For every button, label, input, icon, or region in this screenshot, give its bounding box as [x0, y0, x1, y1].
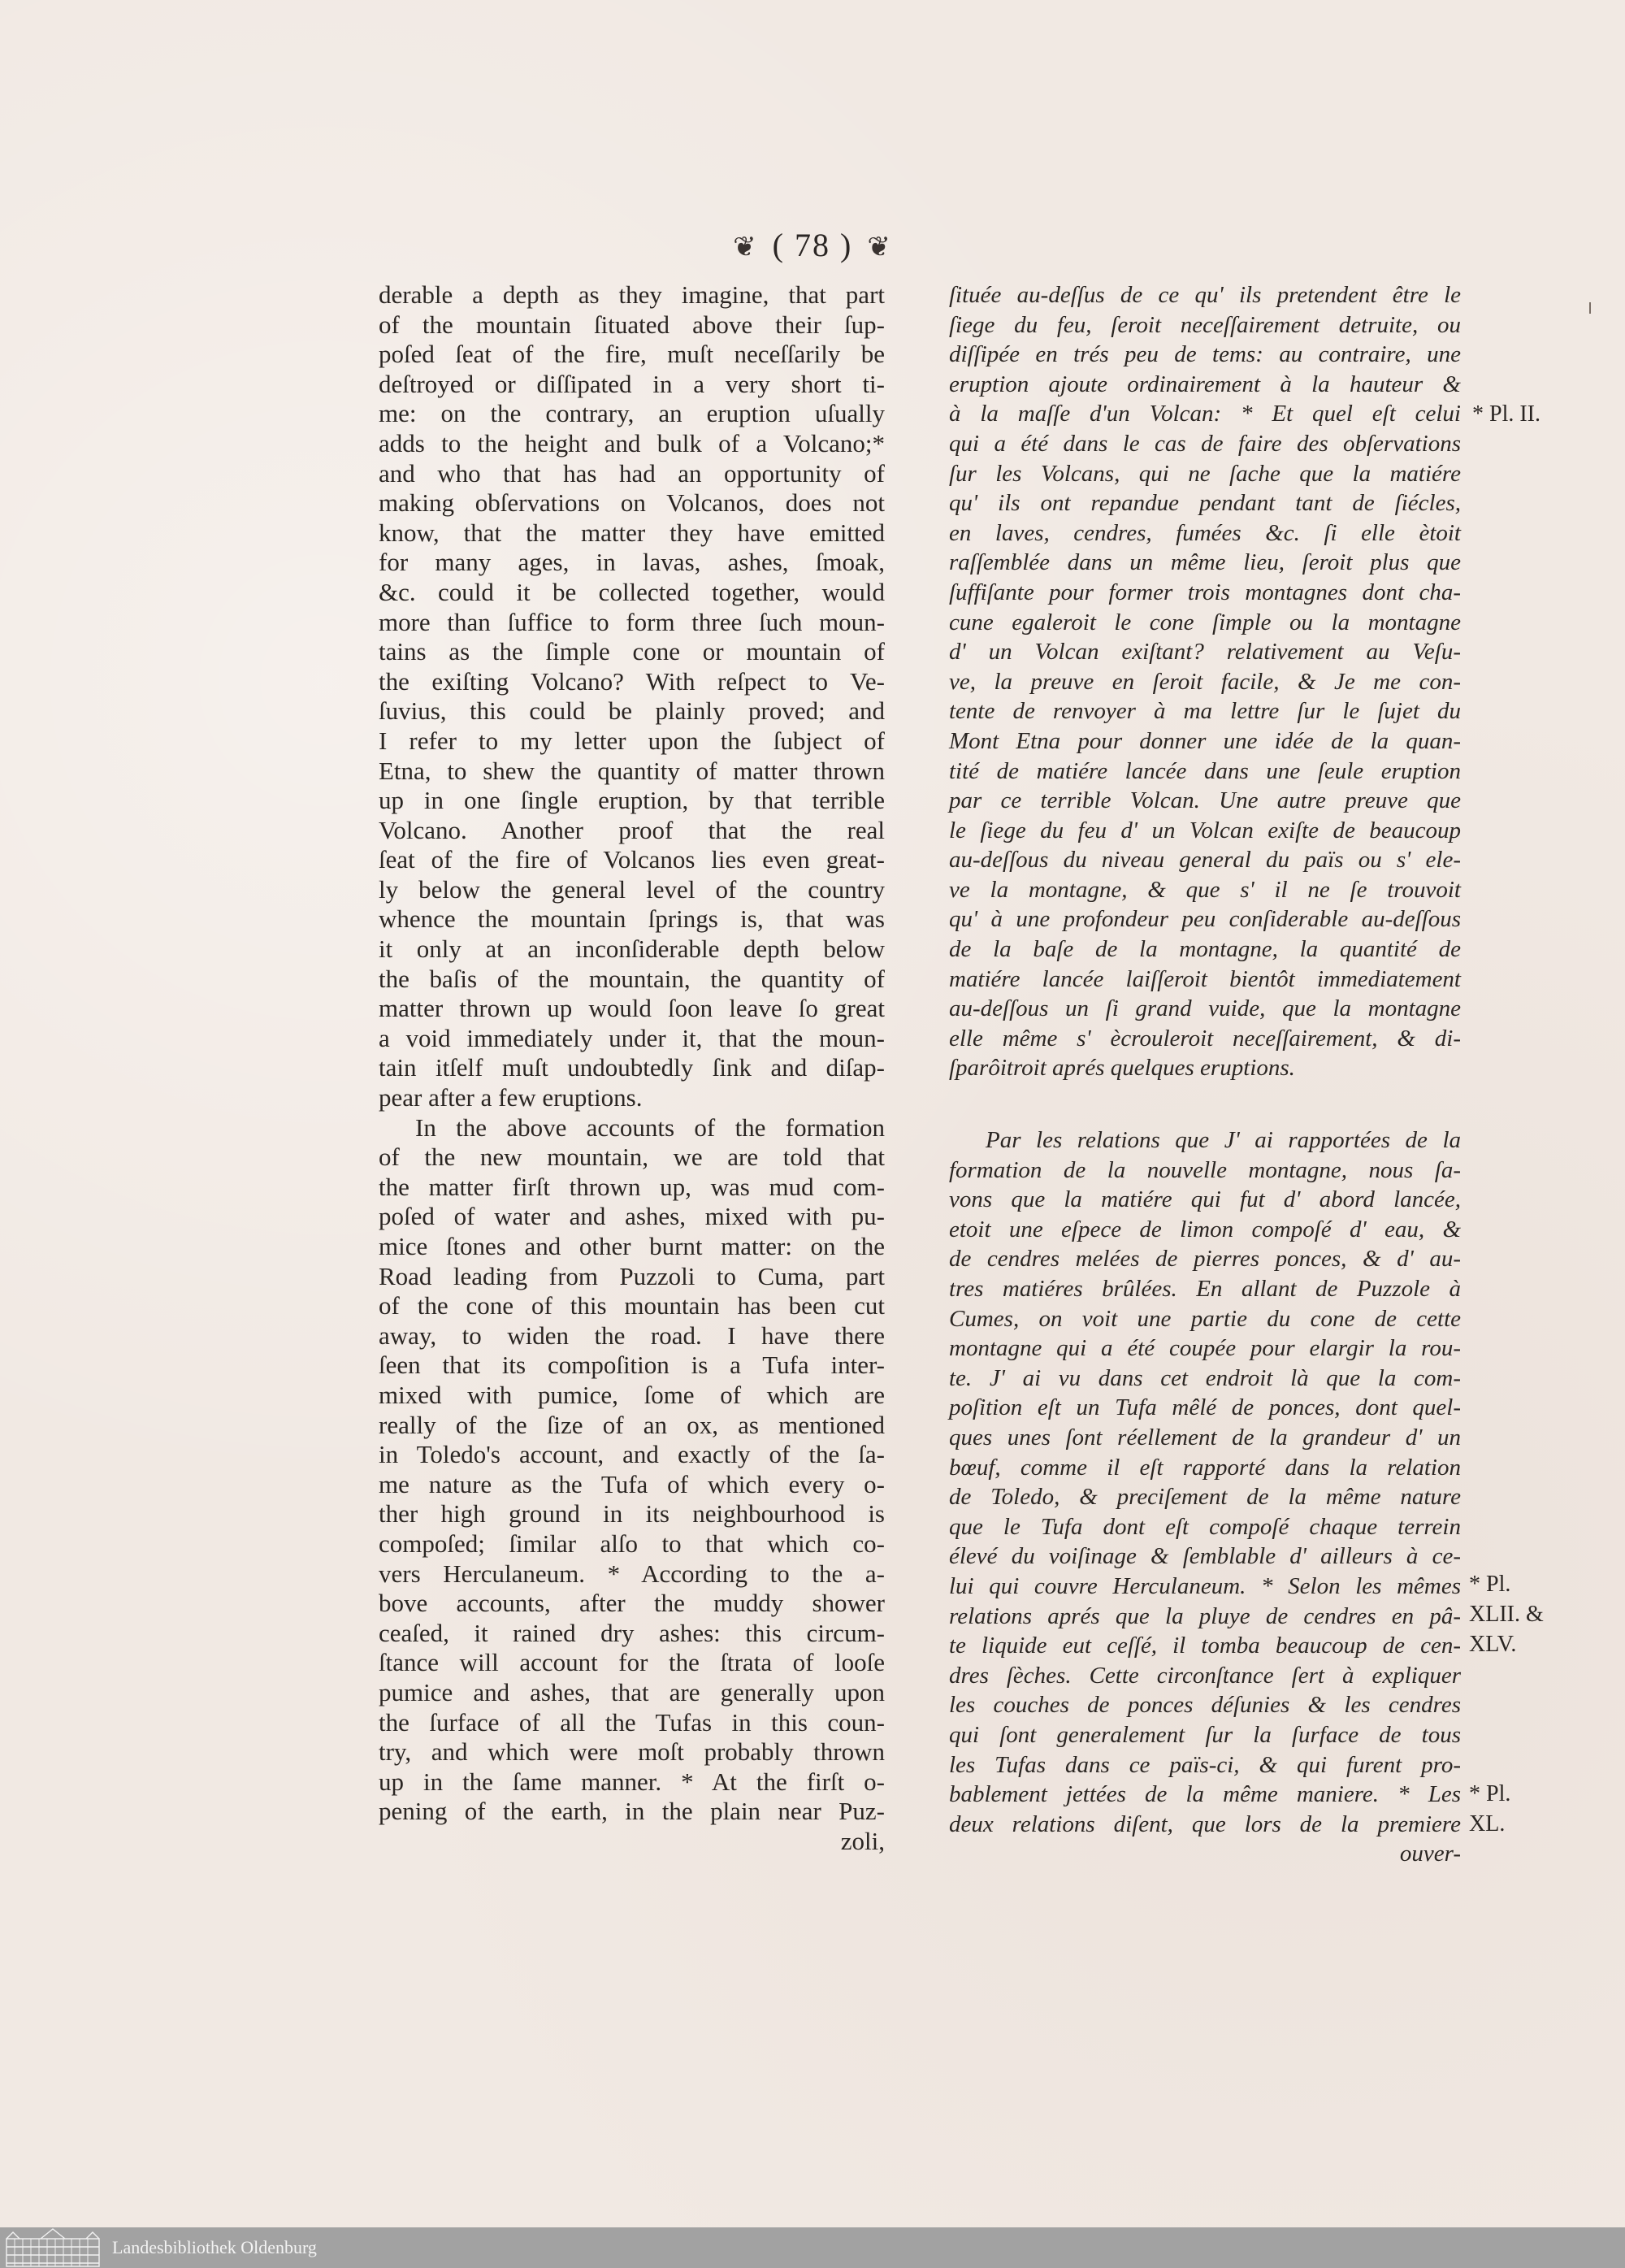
text-line: ſeen that its compoſition is a Tufa inte… [379, 1351, 885, 1381]
text-line: au-deſſous un ſi grand vuide, que la mon… [949, 994, 1461, 1024]
text-line: au-deſſous du niveau general du païs ou … [949, 845, 1461, 875]
margin-note-xlii: XLII. & [1469, 1600, 1544, 1630]
text-line: matiére lancée laiſſeroit bientôt immedi… [949, 965, 1461, 995]
text-line: ve, la preuve en ſeroit facile, & Je me … [949, 667, 1461, 697]
text-line: compoſed; ſimilar alſo to that which co- [379, 1529, 885, 1559]
text-line: it only at an inconſiderable depth below [379, 935, 885, 965]
text-line: les couches de ponces déſunies & les cen… [949, 1690, 1461, 1720]
text-line: deſtroyed or diſſipated in a very short … [379, 370, 885, 400]
text-line: relations aprés que la pluye de cendres … [949, 1602, 1461, 1632]
text-line: Etna, to shew the quantity of matter thr… [379, 757, 885, 787]
text-line: more than ſuffice to form three ſuch mou… [379, 608, 885, 638]
text-line: me nature as the Tufa of which every o- [379, 1470, 885, 1500]
text-line: the exiſting Volcano? With reſpect to Ve… [379, 667, 885, 697]
margin-note-pl-2: * Pl. [1469, 1780, 1510, 1810]
text-line: of the new mountain, we are told that [379, 1143, 885, 1173]
text-line: tains as the ſimple cone or mountain of [379, 637, 885, 667]
text-line: the matter firſt thrown up, was mud com- [379, 1173, 885, 1203]
text-line: of the cone of this mountain has been cu… [379, 1291, 885, 1321]
text-line: par ce terrible Volcan. Une autre preuve… [949, 786, 1461, 816]
text-line: élevé du voiſinage & ſemblable d' ailleu… [949, 1542, 1461, 1572]
text-line: mice ſtones and other burnt matter: on t… [379, 1232, 885, 1262]
text-line: ther high ground in its neighbourhood is [379, 1499, 885, 1529]
text-line: for many ages, in lavas, ashes, ſmoak, [379, 548, 885, 578]
text-line: in Toledo's account, and exactly of the … [379, 1440, 885, 1470]
text-line: and who that has had an opportunity of [379, 459, 885, 489]
ornament-right-icon: ❦ [867, 232, 892, 262]
text-line: d' un Volcan exiſtant? relativement au V… [949, 637, 1461, 667]
text-line: le ſiege du feu d' un Volcan exiſte de b… [949, 816, 1461, 846]
text-line: I refer to my letter upon the ſubject of [379, 726, 885, 757]
text-line: vers Herculaneum. * According to the a- [379, 1559, 885, 1589]
text-line: poſed ſeat of the fire, muſt neceſſarily… [379, 340, 885, 370]
text-line: qui a été dans le cas de faire des obſer… [949, 429, 1461, 459]
text-line: ouver- [949, 1839, 1461, 1869]
french-column: ſituée au-deſſus de ce qu' ils pretenden… [949, 280, 1461, 1869]
text-line: te. J' ai vu dans cet endroit là que la … [949, 1364, 1461, 1394]
text-line: eruption ajoute ordinairement à la haute… [949, 370, 1461, 400]
text-line: a void immediately under it, that the mo… [379, 1024, 885, 1054]
text-line: ſuvius, this could be plainly proved; an… [379, 696, 885, 726]
text-line: dres ſèches. Cette circonſtance ſert à e… [949, 1661, 1461, 1691]
page-number: ( 78 ) [773, 227, 853, 263]
text-line: ly below the general level of the countr… [379, 875, 885, 905]
text-line: zoli, [379, 1827, 885, 1857]
paper-speck [1589, 302, 1591, 314]
margin-note-pl: * Pl. [1469, 1570, 1510, 1600]
margin-note-xlv: XLV. [1469, 1630, 1516, 1660]
text-line: de Toledo, & preciſement de la même natu… [949, 1482, 1461, 1512]
text-line: formation de la nouvelle montagne, nous … [949, 1156, 1461, 1186]
text-line: Volcano. Another proof that the real [379, 816, 885, 846]
text-line: ques unes ſont réellement de la grandeur… [949, 1423, 1461, 1453]
text-line: Par les relations que J' ai rapportées d… [949, 1125, 1461, 1156]
text-line: ſparôitroit aprés quelques eruptions. [949, 1053, 1461, 1083]
footer-bar: Landesbibliothek Oldenburg [0, 2227, 1625, 2268]
text-line: the ſurface of all the Tufas in this cou… [379, 1708, 885, 1738]
text-line: In the above accounts of the formation [379, 1113, 885, 1143]
text-line: ſtance will account for the ſtrata of lo… [379, 1648, 885, 1678]
text-line: qu' ils ont repandue pendant tant de ſié… [949, 488, 1461, 518]
text-line: poſition eſt un Tufa mêlé de ponces, don… [949, 1393, 1461, 1423]
text-line: me: on the contrary, an eruption uſually [379, 399, 885, 429]
text-line: Mont Etna pour donner une idée de la qua… [949, 726, 1461, 757]
text-line: te liquide eut ceſſé, il tomba beaucoup … [949, 1631, 1461, 1661]
text-line: pear after a few eruptions. [379, 1083, 885, 1113]
text-line: montagne qui a été coupée pour elargir l… [949, 1333, 1461, 1364]
text-line: tité de matiére lancée dans une ſeule er… [949, 757, 1461, 787]
text-line: qui ſont generalement ſur la ſurface de … [949, 1720, 1461, 1750]
text-line: ceaſed, it rained dry ashes: this circum… [379, 1619, 885, 1649]
text-line: vons que la matiére qui fut d' abord lan… [949, 1185, 1461, 1215]
text-line: Cumes, on voit une partie du cone de cet… [949, 1304, 1461, 1334]
text-line: en laves, cendres, fumées &c. ſi elle èt… [949, 518, 1461, 549]
text-line: ſeat of the fire of Volcanos lies even g… [379, 845, 885, 875]
text-line: try, and which were moſt probably thrown [379, 1737, 885, 1767]
text-line: really of the ſize of an ox, as mentione… [379, 1411, 885, 1441]
text-line: bablement jettées de la même maniere. * … [949, 1780, 1461, 1810]
text-line: mixed with pumice, ſome of which are [379, 1381, 885, 1411]
text-line: &c. could it be collected together, woul… [379, 578, 885, 608]
margin-note-pl-ii: * Pl. II. [1472, 400, 1540, 430]
text-line: making obſervations on Volcanos, does no… [379, 488, 885, 518]
text-line: à la maſſe d'un Volcan: * Et quel eſt ce… [949, 399, 1461, 429]
text-line: raſſemblée dans un même lieu, ſeroit plu… [949, 548, 1461, 578]
text-line: tres matiéres brûlées. En allant de Puzz… [949, 1274, 1461, 1304]
library-name: Landesbibliothek Oldenburg [112, 2237, 317, 2258]
text-line: ſuffiſante pour former trois montagnes d… [949, 578, 1461, 608]
paragraph-gap [949, 1083, 1461, 1125]
text-line: Road leading from Puzzoli to Cuma, part [379, 1262, 885, 1292]
text-line: elle même s' ècrouleroit neceſſairement,… [949, 1024, 1461, 1054]
margin-note-xl: XL. [1469, 1810, 1505, 1840]
text-line: diſſipée en trés peu de tems: au contrai… [949, 340, 1461, 370]
text-line: tain itſelf muſt undoubtedly ſink and di… [379, 1053, 885, 1083]
ornament-left-icon: ❦ [733, 232, 758, 262]
text-line: ſituée au-deſſus de ce qu' ils pretenden… [949, 280, 1461, 310]
text-line: bœuf, comme il eſt rapporté dans la rela… [949, 1453, 1461, 1483]
text-line: up in one ſingle eruption, by that terri… [379, 786, 885, 816]
text-line: adds to the height and bulk of a Volcano… [379, 429, 885, 459]
text-line: pumice and ashes, that are generally upo… [379, 1678, 885, 1708]
text-line: qu' à une profondeur peu conſiderable au… [949, 904, 1461, 935]
text-line: bove accounts, after the muddy shower [379, 1589, 885, 1619]
text-line: de la baſe de la montagne, la quantité d… [949, 935, 1461, 965]
text-line: pening of the earth, in the plain near P… [379, 1797, 885, 1827]
text-line: que le Tufa dont eſt compoſé chaque terr… [949, 1512, 1461, 1542]
text-line: lui qui couvre Herculaneum. * Selon les … [949, 1572, 1461, 1602]
text-line: ve la montagne, & que s' il ne ſe trouvo… [949, 875, 1461, 905]
page-header: ❦ ( 78 ) ❦ [0, 226, 1625, 264]
text-line: know, that the matter they have emitted [379, 518, 885, 549]
text-line: up in the ſame manner. * At the firſt o- [379, 1767, 885, 1797]
text-line: ſur les Volcans, qui ne ſache que la mat… [949, 459, 1461, 489]
english-column: derable a depth as they imagine, that pa… [379, 280, 885, 1856]
text-line: of the mountain ſituated above their ſup… [379, 310, 885, 340]
text-line: deux relations diſent, que lors de la pr… [949, 1810, 1461, 1840]
text-line: poſed of water and ashes, mixed with pu- [379, 1202, 885, 1232]
text-line: cune egaleroit le cone ſimple ou la mont… [949, 608, 1461, 638]
text-line: etoit une eſpece de limon compoſé d' eau… [949, 1215, 1461, 1245]
text-line: the baſis of the mountain, the quantity … [379, 965, 885, 995]
text-line: matter thrown up would ſoon leave ſo gre… [379, 994, 885, 1024]
text-line: tente de renvoyer à ma lettre ſur le ſuj… [949, 696, 1461, 726]
library-building-icon [5, 2227, 101, 2268]
text-line: ſiege du feu, ſeroit neceſſairement detr… [949, 310, 1461, 340]
text-line: away, to widen the road. I have there [379, 1321, 885, 1351]
text-line: whence the mountain ſprings is, that was [379, 904, 885, 935]
text-line: de cendres melées de pierres ponces, & d… [949, 1244, 1461, 1274]
text-line: derable a depth as they imagine, that pa… [379, 280, 885, 310]
text-line: les Tufas dans ce païs-ci, & qui furent … [949, 1750, 1461, 1780]
